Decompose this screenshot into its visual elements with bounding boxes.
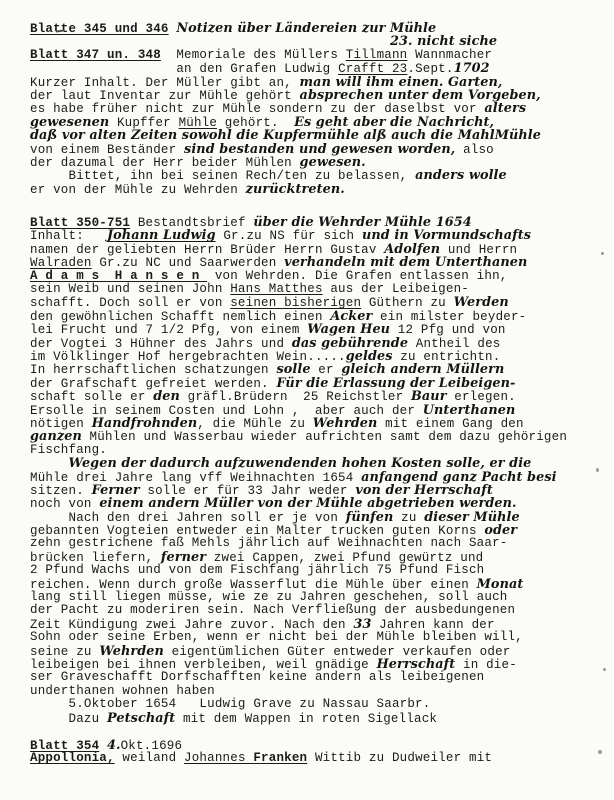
document-line: im Völklinger Hof hergebrachten Wein....…: [30, 350, 606, 363]
document-line: Blatte 345 und 346 Notizen über Länderei…: [30, 22, 606, 35]
document-line: Bittet, ihn bei seinen Rech/ten zu belas…: [30, 169, 606, 182]
document-line: der Pacht zu moderiren sein. Nach Verfli…: [30, 604, 606, 617]
document-line: der dazumal der Herr beider Mühlen gewes…: [30, 156, 606, 169]
typed-text-segment: noch von: [30, 497, 99, 511]
handwritten-text-segment: Petschaft: [107, 711, 175, 726]
typed-text-segment: der Vogtei 3 Hühner des Jahrs und: [30, 337, 292, 351]
typed-text-segment: In herrschaftlichen schatzungen: [30, 363, 276, 377]
typed-text-segment: Mühle drei Jahre lang vff Weihnachten 16…: [30, 471, 361, 485]
typed-text-segment: Güthern zu: [361, 296, 453, 310]
document-line: noch von einem andern Müller von der Müh…: [30, 497, 606, 510]
handwritten-text-segment: gewesen.: [300, 155, 366, 170]
typed-text-segment: ein milster beyder-: [372, 310, 526, 324]
document-line: Blatt 354 4.Okt.1696: [30, 739, 606, 752]
typed-text-segment: Memoriale des Müllers: [176, 48, 345, 62]
typed-text-segment: ser Graveschafft Dorfschafften keine and…: [30, 670, 484, 684]
typed-text-segment: 5.Oktober 1654 Ludwig Grave zu Nassau Sa…: [30, 697, 430, 711]
typed-text-segment: Tillmann: [346, 48, 408, 62]
handwritten-text-segment: Für die Erlassung der Leibeigen-: [276, 376, 515, 391]
document-line: der laut Inventar zur Mühle gehört abspr…: [30, 89, 606, 102]
document-line: lang still liegen müsse, wie ze zu Jahre…: [30, 591, 606, 604]
document-line: Wegen der dadurch aufzuwendenden hohen K…: [30, 457, 606, 470]
typed-text-segment: mit dem Wappen in roten Sigellack: [175, 712, 437, 726]
typed-text-segment: eigentümlichen Güter entweder verkaufen …: [164, 645, 511, 659]
typed-text-segment: schafft. Doch soll er von: [30, 296, 230, 310]
document-line: In herrschaftlichen schatzungen solle er…: [30, 363, 606, 376]
typed-text-segment: Nach den drei Jahren soll er je von: [30, 511, 346, 525]
typed-text-segment: er von der Mühle zu Wehrden: [30, 183, 246, 197]
document-line: ganzen Mühlen und Wasserbau wieder aufri…: [30, 430, 606, 443]
typed-text-segment: Wittib zu Dudweiler mit: [307, 751, 492, 765]
document-line: nötigen Handfrohnden, die Mühle zu Wehrd…: [30, 417, 606, 430]
typed-text-segment: sein Weib und seinen John: [30, 282, 230, 296]
typed-text-segment: den gewöhnlichen Schafft nemlich einen: [30, 310, 330, 324]
document-line: sein Weib und seinen John Hans Matthes a…: [30, 283, 606, 296]
document-line: Fischfang.: [30, 444, 606, 457]
typed-text-segment: Bittet, ihn bei seinen Rech/ten zu belas…: [30, 169, 415, 183]
typed-text-segment: an den Grafen Ludwig: [30, 62, 338, 76]
scan-speckle: [598, 750, 602, 754]
typed-text-segment: also: [455, 143, 494, 157]
typed-text-segment: der laut Inventar zur Mühle gehört: [30, 89, 300, 103]
scan-speckle: [596, 468, 599, 472]
typed-text-segment: Appollonia,: [30, 751, 115, 765]
typed-text-segment: Blatte 345 und 346: [30, 22, 169, 36]
handwritten-text-segment: zurücktreten.: [246, 182, 345, 197]
document-line: sitzen. Ferner solle er für 33 Jahr wede…: [30, 484, 606, 497]
document-line: zehn gestrichene faß Mehls jährlich auf …: [30, 537, 606, 550]
typed-text-segment: Blatt 347 un. 348: [30, 48, 161, 62]
typed-text-segment: Hans Matthes: [230, 282, 322, 296]
scan-speckle: [603, 668, 606, 671]
document-line: namen der geliebten Herrn Brüder Herrn G…: [30, 243, 606, 256]
document-line: brücken liefern, ferner zwei Cappen, zwe…: [30, 551, 606, 564]
document-line: underthanen wohnen haben: [30, 685, 606, 698]
typed-text-segment: Gr.zu NS für sich: [216, 229, 362, 243]
typed-text-segment: [30, 457, 69, 471]
typed-text-segment: von einem Beständer: [30, 143, 184, 157]
typed-text-segment: weiland: [115, 751, 184, 765]
handwritten-text-segment: Werden: [454, 295, 509, 310]
document-line: gebannten Vogteien entweder ein Malter t…: [30, 524, 606, 537]
document-line: Appollonia, weiland Johannes Franken Wit…: [30, 752, 606, 765]
typed-text-segment: mit einem Gang den: [377, 417, 523, 431]
document-line: es habe früher nicht zur Mühle sondern z…: [30, 102, 606, 115]
document-line: 2 Pfund Wachs und von dem Fischfang jähr…: [30, 564, 606, 577]
handwritten-text-segment: Wehrden: [313, 416, 378, 431]
document-page: Blatte 345 und 346 Notizen über Länderei…: [0, 0, 614, 800]
typed-text-segment: zu: [393, 511, 424, 525]
typed-text-segment: [161, 48, 176, 62]
handwritten-text-segment: anders wolle: [415, 168, 507, 183]
document-line: Kurzer Inhalt. Der Müller gibt an, man w…: [30, 76, 606, 89]
typed-text-segment: der dazumal der Herr beider Mühlen: [30, 156, 300, 170]
typed-text-segment: Inhalt:: [30, 229, 107, 243]
document-line: schafft. Doch soll er von seinen bisheri…: [30, 296, 606, 309]
document-line: Sohn oder seine Erben, wenn er nicht bei…: [30, 631, 606, 644]
typed-text-segment: gräfl.Brüdern 25 Reichstler: [180, 390, 411, 404]
typed-text-segment: , die Mühle zu: [197, 417, 313, 431]
typed-text-segment: der Pacht zu moderiren sein. Nach Verfli…: [30, 603, 515, 617]
document-line: lei Frucht und 7 1/2 Pfg, von einem Wage…: [30, 323, 606, 336]
typed-text-segment: Fischfang.: [30, 443, 107, 457]
document-line: seine zu Wehrden eigentümlichen Güter en…: [30, 645, 606, 658]
typed-text-segment: zehn gestrichene faß Mehls jährlich auf …: [30, 536, 507, 550]
document-line: 23. nicht siche: [30, 35, 606, 48]
document-line: daß vor alten Zeiten sowohl die Kupfermü…: [30, 129, 606, 142]
document-line: Blatt 347 un. 348 Memoriale des Müllers …: [30, 49, 606, 62]
document-line: 5.Oktober 1654 Ludwig Grave zu Nassau Sa…: [30, 698, 606, 711]
typed-text-segment: Wannmacher: [407, 48, 492, 62]
typed-text-segment: von Wehrden. Die Grafen entlassen ihn,: [207, 269, 507, 283]
document-line: Mühle drei Jahre lang vff Weihnachten 16…: [30, 471, 606, 484]
document-line: Blatt 350-751 Bestandtsbrief über die We…: [30, 216, 606, 229]
document-line: ser Graveschafft Dorfschafften keine and…: [30, 671, 606, 684]
document-text-block: Blatte 345 und 346 Notizen über Länderei…: [30, 22, 606, 766]
document-line: von einem Beständer sind bestanden und g…: [30, 143, 606, 156]
document-line: an den Grafen Ludwig Crafft 23.Sept.1702: [30, 62, 606, 75]
typed-text-segment: Franken: [253, 751, 307, 765]
document-line: Ersolle in seinem Costen und Lohn , aber…: [30, 404, 606, 417]
document-line: reichen. Wenn durch große Wasserflut die…: [30, 578, 606, 591]
typed-text-segment: Kurzer Inhalt. Der Müller gibt an,: [30, 76, 300, 90]
typed-text-segment: lang still liegen müsse, wie ze zu Jahre…: [30, 590, 507, 604]
document-line: Inhalt: Johann Ludwig Gr.zu NS für sich …: [30, 229, 606, 242]
document-line: schaft solle er den gräfl.Brüdern 25 Rei…: [30, 390, 606, 403]
typed-text-segment: Antheil des: [408, 337, 500, 351]
handwritten-text-segment: Johann Ludwig: [107, 228, 216, 243]
typed-text-segment: underthanen wohnen haben: [30, 684, 215, 698]
typed-text-segment: 2 Pfund Wachs und von dem Fischfang jähr…: [30, 563, 484, 577]
document-line: er von der Mühle zu Wehrden zurücktreten…: [30, 183, 606, 196]
document-line: den gewöhnlichen Schafft nemlich einen A…: [30, 310, 606, 323]
document-line: Zeit Kündigung zwei Jahre zuvor. Nach de…: [30, 618, 606, 631]
document-line: Walraden Gr.zu NC und Saarwerden verhand…: [30, 256, 606, 269]
document-line: leibeigen bei ihnen verbleiben, weil gnä…: [30, 658, 606, 671]
typed-text-segment: Johannes: [184, 751, 253, 765]
typed-text-segment: Sohn oder seine Erben, wenn er nicht bei…: [30, 630, 523, 644]
handwritten-text-segment: Unterthanen: [423, 403, 516, 418]
handwritten-text-segment: Handfrohnden: [92, 416, 198, 431]
document-line: A d a m s H a n s e n von Wehrden. Die G…: [30, 270, 606, 283]
typed-text-segment: schaft solle er: [30, 390, 153, 404]
document-line: der Vogtei 3 Hühner des Jahrs und das ge…: [30, 337, 606, 350]
scan-speckle: [601, 252, 604, 255]
typed-text-segment: seine zu: [30, 645, 99, 659]
typed-text-segment: aus der Leibeigen-: [323, 282, 469, 296]
document-line: Nach den drei Jahren soll er je von fünf…: [30, 511, 606, 524]
handwritten-text-segment: fünfen: [346, 510, 394, 525]
document-line: der Grafschaft gefreiet werden. Für die …: [30, 377, 606, 390]
typed-text-segment: sitzen.: [30, 484, 92, 498]
typed-text-segment: Mühlen und Wasserbau wieder aufrichten s…: [82, 430, 567, 444]
document-line: Dazu Petschaft mit dem Wappen in roten S…: [30, 712, 606, 725]
typed-text-segment: lei Frucht und 7 1/2 Pfg, von einem: [30, 323, 307, 337]
handwritten-text-segment: den: [153, 389, 180, 404]
handwritten-text-segment: Wehrden: [99, 644, 164, 659]
document-line: gewesenen Kupffer Mühle gehört. Es geht …: [30, 116, 606, 129]
typed-text-segment: A d a m s H a n s e n: [30, 269, 207, 283]
typed-text-segment: Dazu: [30, 712, 107, 726]
